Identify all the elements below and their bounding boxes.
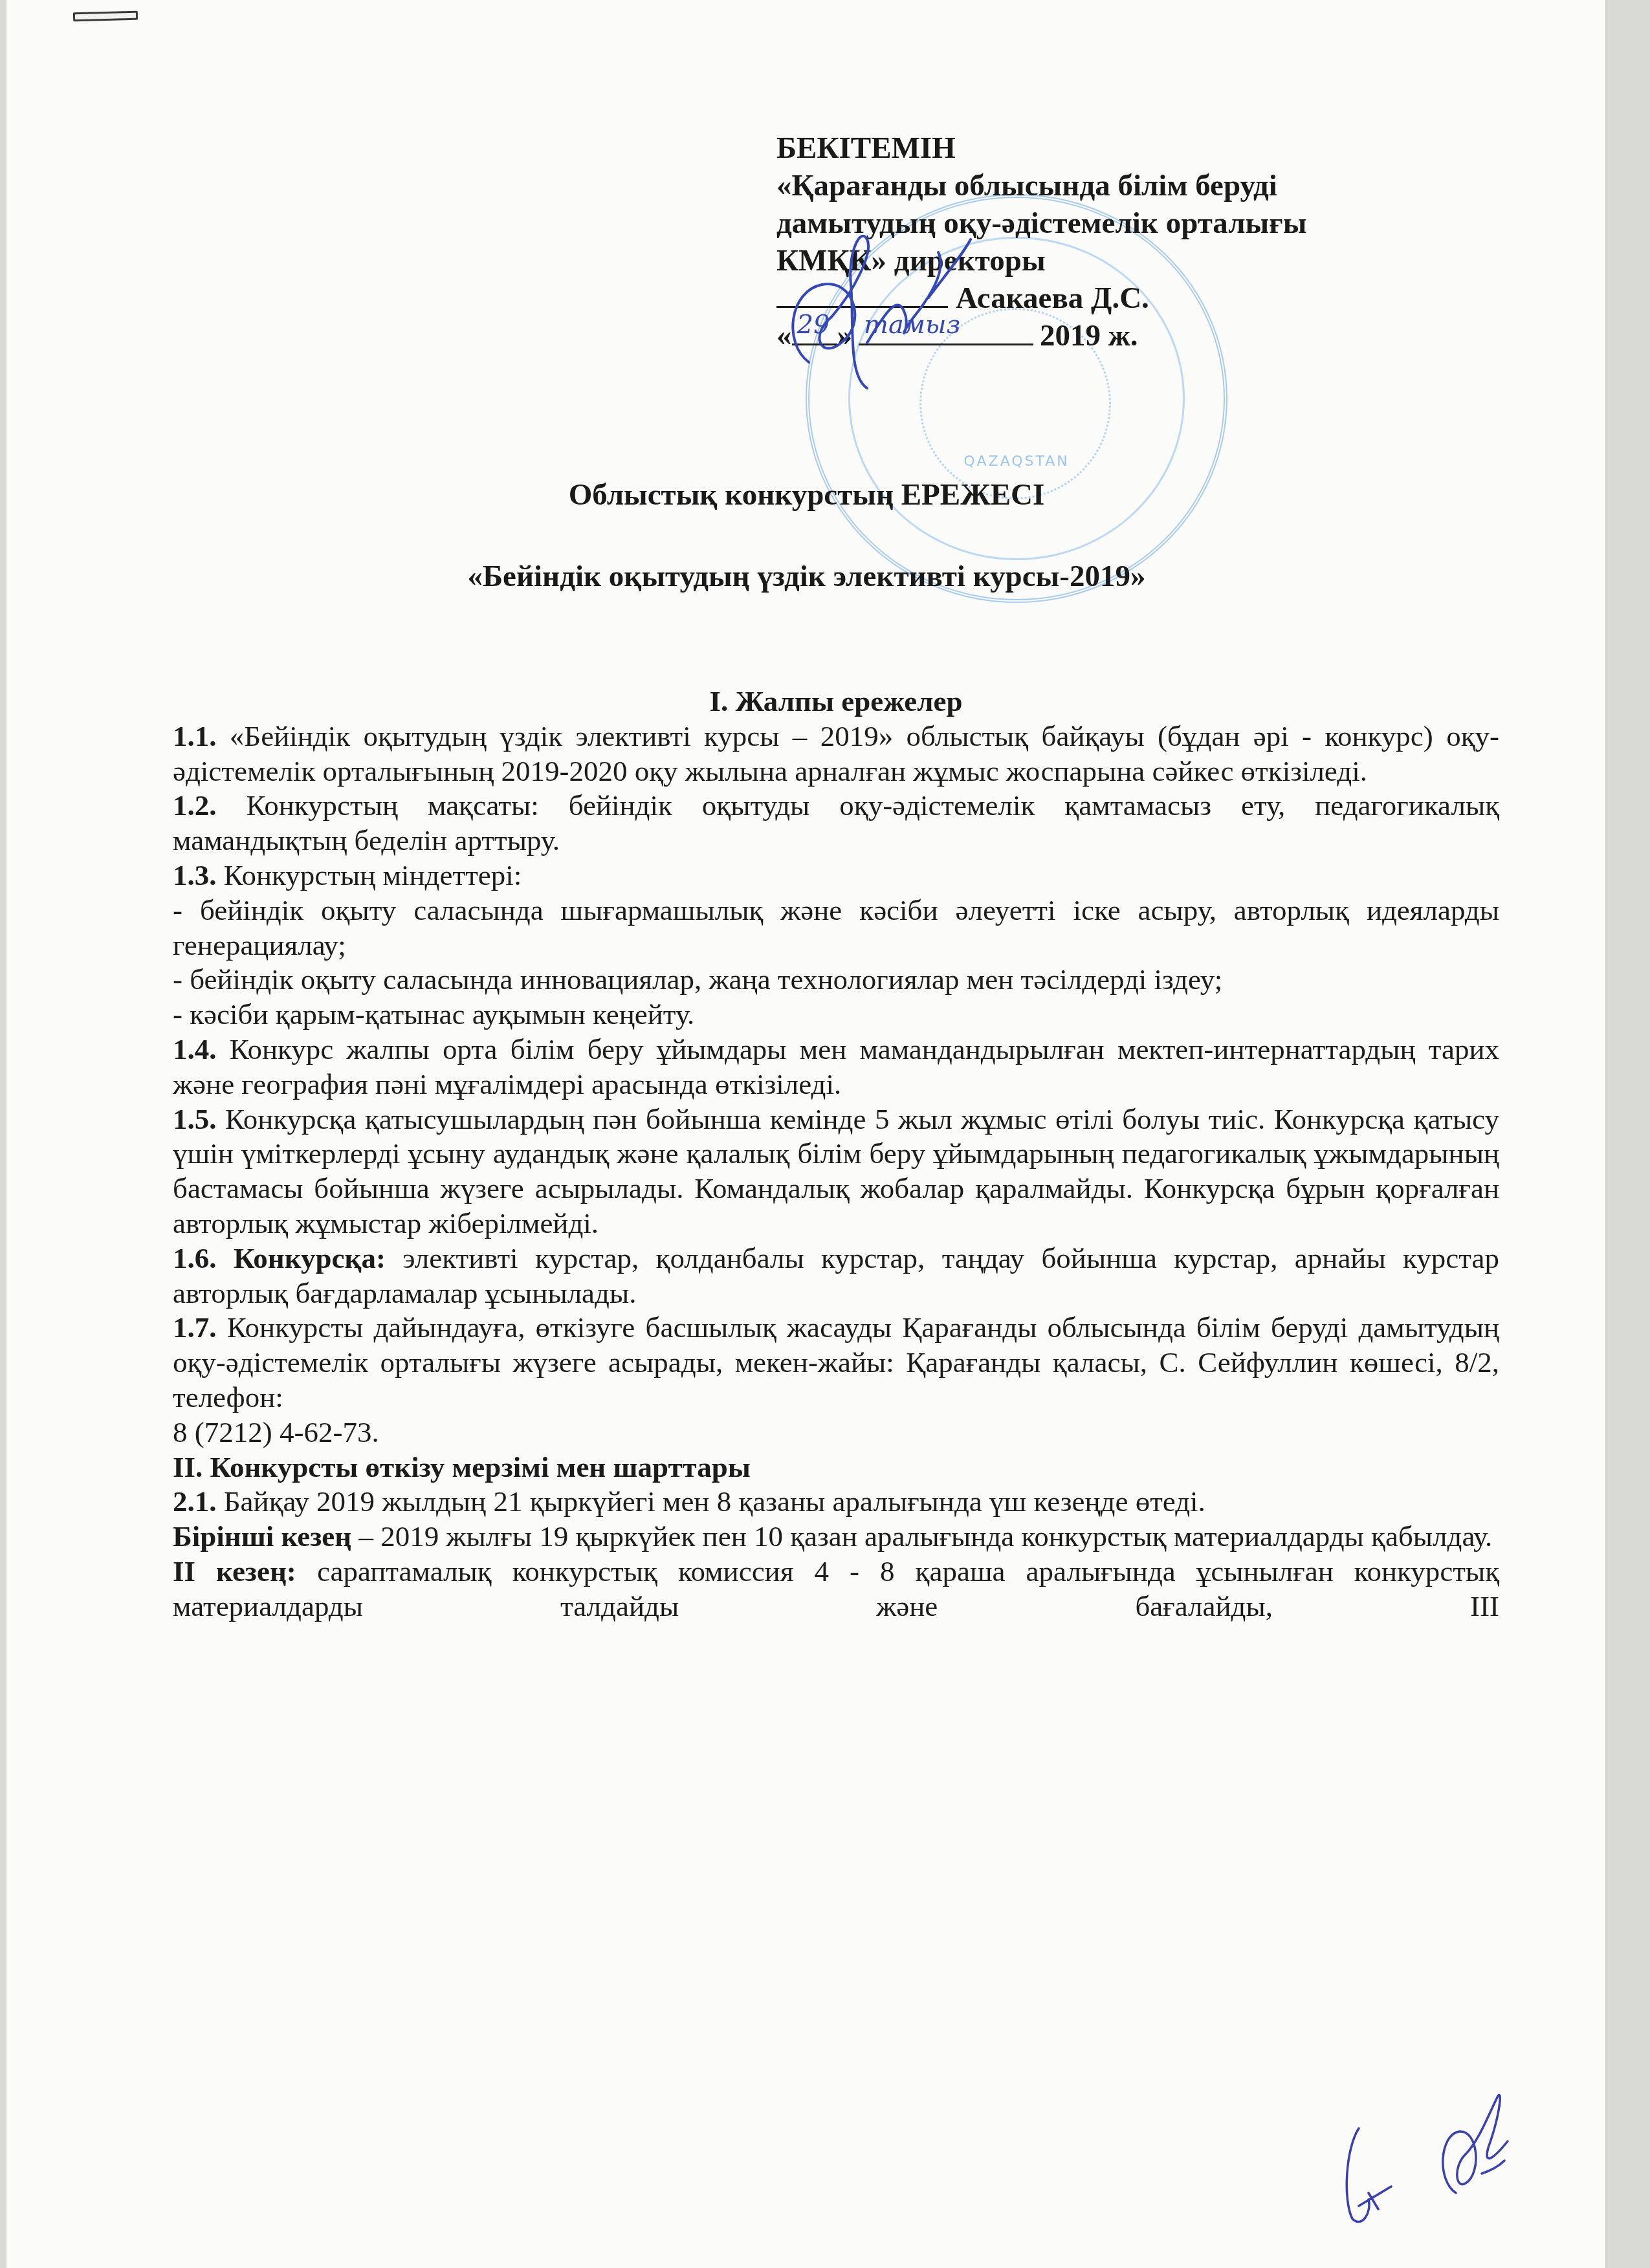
paragraph-1-3: 1.3. Конкурстың міндеттері: bbox=[173, 858, 1499, 893]
phone-number: 8 (7212) 4-62-73. bbox=[173, 1415, 1499, 1450]
paragraph-1-1: 1.1. «Бейіндік оқытудың үздік элективті … bbox=[173, 719, 1499, 789]
task-item-3: - кәсіби қарым-қатынас ауқымын кеңейту. bbox=[173, 998, 1499, 1032]
section-heading-1: І. Жалпы ережелер bbox=[173, 684, 1499, 719]
approval-org-line-1: «Қарағанды облысында білім беруді bbox=[776, 167, 1488, 204]
document-page: QAZAQSTAN БЕКІТЕМІН «Қарағанды облысында… bbox=[6, 0, 1607, 2268]
paragraph-2-1: 2.1. Байқау 2019 жылдың 21 қыркүйегі мен… bbox=[173, 1485, 1499, 1520]
stage-2: ІІ кезең: сараптамалық конкурстық комисс… bbox=[173, 1554, 1499, 1624]
date-year: 2019 ж. bbox=[1040, 319, 1138, 353]
director-signature bbox=[770, 213, 1042, 408]
task-item-2: - бейіндік оқыту саласында инновациялар,… bbox=[173, 963, 1499, 998]
page-initials-signatures bbox=[1333, 2089, 1540, 2245]
stage-1: Бірінші кезең – 2019 жылғы 19 қыркүйек п… bbox=[173, 1520, 1499, 1554]
section-heading-2: ІІ. Конкурсты өткізу мерзімі мен шарттар… bbox=[173, 1450, 1499, 1485]
document-body: І. Жалпы ережелер 1.1. «Бейіндік оқытуды… bbox=[173, 684, 1499, 1624]
document-title: Облыстық конкурстың ЕРЕЖЕСІ bbox=[6, 477, 1607, 512]
paragraph-1-7: 1.7. Конкурсты дайындауға, өткізуге басш… bbox=[173, 1311, 1499, 1415]
approval-label: БЕКІТЕМІН bbox=[776, 129, 1488, 167]
staple bbox=[73, 11, 138, 22]
paragraph-1-5: 1.5. Конкурсқа қатысушылардың пән бойынш… bbox=[173, 1102, 1499, 1241]
paragraph-1-6: 1.6. Конкурсқа: элективті курстар, қолда… bbox=[173, 1241, 1499, 1311]
paragraph-1-4: 1.4. Конкурс жалпы орта білім беру ұйымд… bbox=[173, 1032, 1499, 1102]
paragraph-1-2: 1.2. Конкурстың мақсаты: бейіндік оқытуд… bbox=[173, 789, 1499, 858]
task-item-1: - бейіндік оқыту саласында шығармашылық … bbox=[173, 893, 1499, 963]
document-subtitle: «Бейіндік оқытудың үздік элективті курсы… bbox=[6, 559, 1607, 594]
stamp-center-text: QAZAQSTAN bbox=[809, 453, 1224, 470]
